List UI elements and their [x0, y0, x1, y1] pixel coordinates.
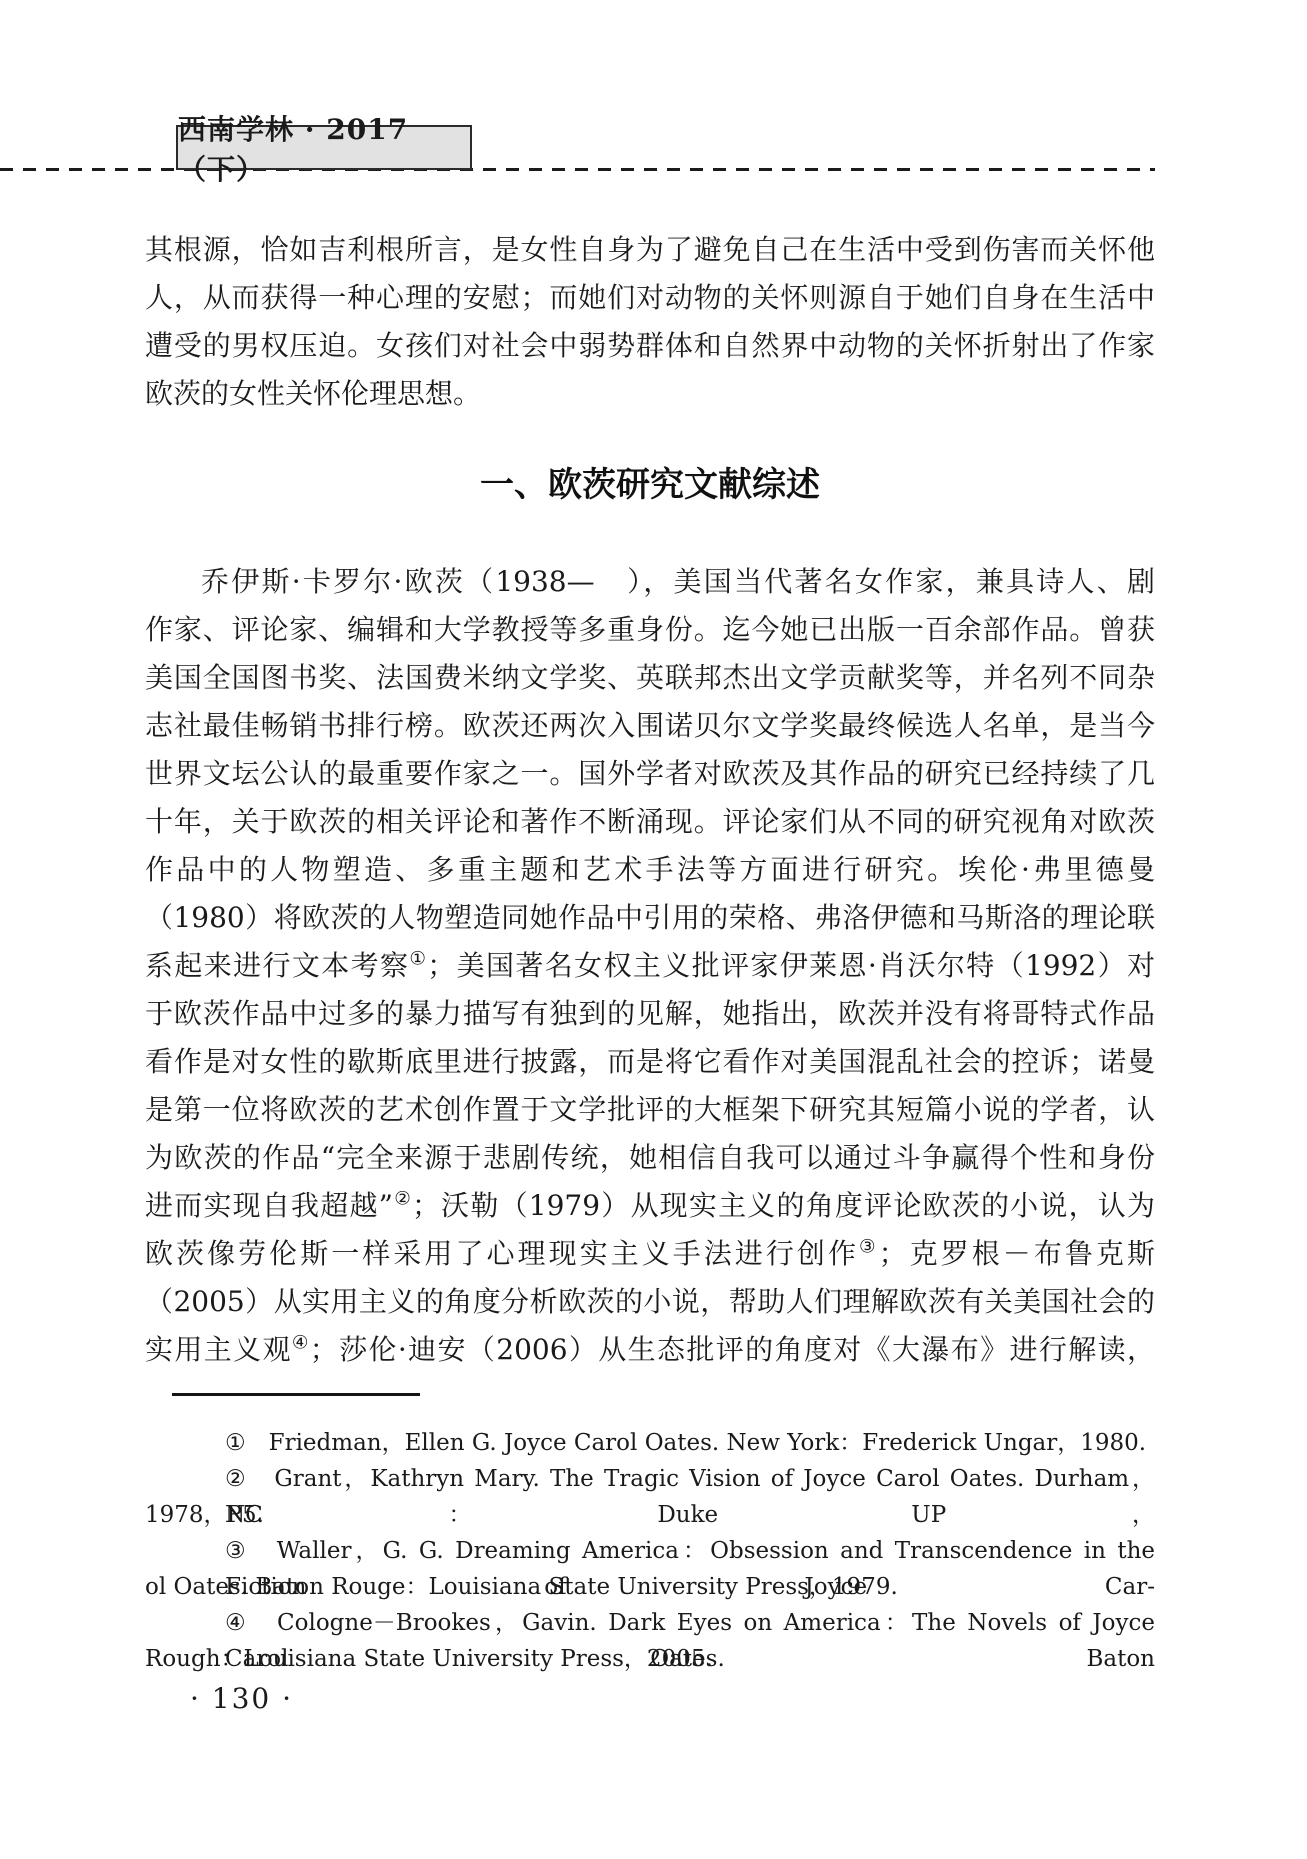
paragraph-line: 其根源，恰如吉利根所言，是女性自身为了避免自己在生活中受到伤害而关怀他 [145, 226, 1155, 274]
journal-header-box: 西南学林 · 2017（下） [176, 125, 472, 170]
paragraph-line: 志社最佳畅销书排行榜。欧茨还两次入围诺贝尔文学奖最终候选人名单，是当今 [145, 702, 1155, 750]
paragraph-line: 是第一位将欧茨的艺术创作置于文学批评的大框架下研究其短篇小说的学者，认 [145, 1086, 1155, 1134]
paragraph-line: 欧茨的女性关怀伦理思想。 [145, 370, 1155, 418]
section-heading: 一、欧茨研究文献综述 [145, 460, 1155, 510]
footnotes: ① Friedman，Ellen G. Joyce Carol Oates. N… [145, 1425, 1155, 1677]
document-page: 西南学林 · 2017（下） 其根源，恰如吉利根所言，是女性自身为了避免自己在生… [0, 0, 1307, 1859]
paragraph-line: 十年，关于欧茨的相关评论和著作不断涌现。评论家们从不同的研究视角对欧茨 [145, 798, 1155, 846]
footnote-line: ③ Waller，G. G. Dreaming America：Obsessio… [145, 1533, 1155, 1569]
paragraph-line: 于欧茨作品中过多的暴力描写有独到的见解，她指出，欧茨并没有将哥特式作品 [145, 990, 1155, 1038]
footnote-line: ② Grant，Kathryn Mary. The Tragic Vision … [145, 1461, 1155, 1497]
paragraph-line: 作家、评论家、编辑和大学教授等多重身份。迄今她已出版一百余部作品。曾获 [145, 606, 1155, 654]
paragraph-line: 为欧茨的作品“完全来源于悲剧传统，她相信自我可以通过斗争赢得个性和身份 [145, 1134, 1155, 1182]
paragraph-line: 看作是对女性的歇斯底里进行披露，而是将它看作对美国混乱社会的控诉；诺曼 [145, 1038, 1155, 1086]
paragraph-line: 遭受的男权压迫。女孩们对社会中弱势群体和自然界中动物的关怀折射出了作家 [145, 322, 1155, 370]
footnote-line: ① Friedman，Ellen G. Joyce Carol Oates. N… [145, 1425, 1155, 1461]
paragraph-1: 其根源，恰如吉利根所言，是女性自身为了避免自己在生活中受到伤害而关怀他 人，从而… [145, 226, 1155, 418]
paragraph-line: 作品中的人物塑造、多重主题和艺术手法等方面进行研究。埃伦·弗里德曼 [145, 846, 1155, 894]
paragraph-line: 实用主义观④；莎伦·迪安（2006）从生态批评的角度对《大瀑布》进行解读， [145, 1326, 1155, 1374]
paragraph-line: 乔伊斯·卡罗尔·欧茨（1938— ），美国当代著名女作家，兼具诗人、剧 [145, 558, 1155, 606]
paragraph-line: （1980）将欧茨的人物塑造同她作品中引用的荣格、弗洛伊德和马斯洛的理论联 [145, 894, 1155, 942]
paragraph-line: （2005）从实用主义的角度分析欧茨的小说，帮助人们理解欧茨有关美国社会的 [145, 1278, 1155, 1326]
paragraph-2: 乔伊斯·卡罗尔·欧茨（1938— ），美国当代著名女作家，兼具诗人、剧 作家、评… [145, 558, 1155, 1374]
paragraph-line: 欧茨像劳伦斯一样采用了心理现实主义手法进行创作③；克罗根－布鲁克斯 [145, 1230, 1155, 1278]
page-number: · 130 · [190, 1682, 293, 1715]
paragraph-line: 美国全国图书奖、法国费米纳文学奖、英联邦杰出文学贡献奖等，并名列不同杂 [145, 654, 1155, 702]
header-dashed-divider [0, 168, 1155, 171]
paragraph-line: 世界文坛公认的最重要作家之一。国外学者对欧茨及其作品的研究已经持续了几 [145, 750, 1155, 798]
paragraph-line: 人，从而获得一种心理的安慰；而她们对动物的关怀则源自于她们自身在生活中 [145, 274, 1155, 322]
footnote-line: ④ Cologne－Brookes，Gavin. Dark Eyes on Am… [145, 1605, 1155, 1641]
footnote-separator [172, 1393, 420, 1396]
journal-title: 西南学林 · 2017（下） [178, 108, 470, 188]
paragraph-line: 系起来进行文本考察①；美国著名女权主义批评家伊莱恩·肖沃尔特（1992）对 [145, 942, 1155, 990]
paragraph-line: 进而实现自我超越”②；沃勒（1979）从现实主义的角度评论欧茨的小说，认为 [145, 1182, 1155, 1230]
